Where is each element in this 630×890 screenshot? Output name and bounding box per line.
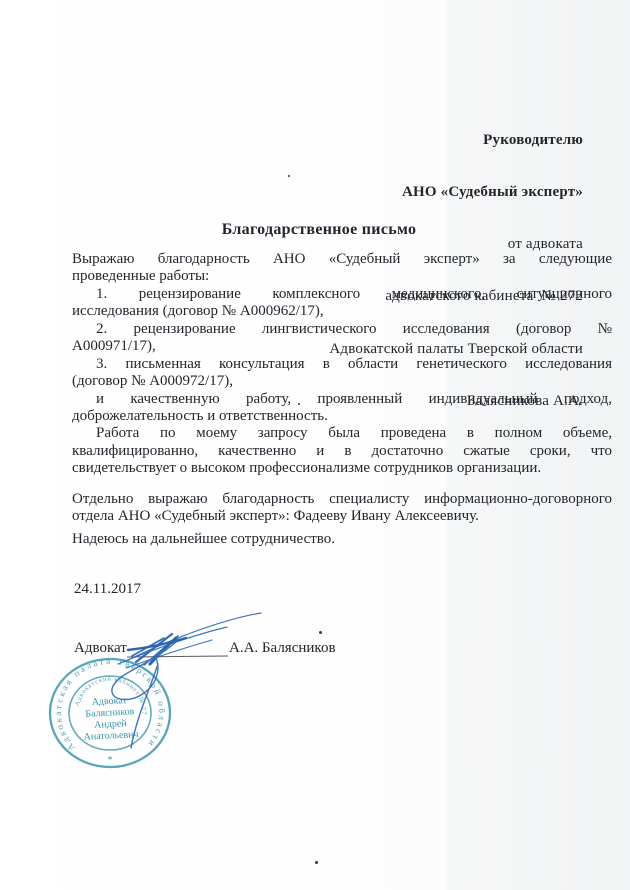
scan-artifact-dot [315,861,318,864]
body-line: свидетельствует о высоком профессионализ… [72,460,612,477]
body-line: проведенные работы: [72,268,612,285]
body-line-numbered-item: 2. рецензирование лингвистического иссле… [72,321,612,338]
body-line: Выражаю благодарность АНО «Судебный эксп… [72,251,612,268]
body-line: Отдельно выражаю благодарность специалис… [72,491,612,508]
letter-date: 24.11.2017 [74,581,141,598]
body-line: доброжелательность и ответственность. [72,408,612,425]
body-line: отдела АНО «Судебный эксперт»: Фадееву И… [72,508,612,525]
body-line: Надеюсь на дальнейшее сотрудничество. [72,531,612,548]
body-line-numbered-item: 1. рецензирование комплексного медицинск… [72,286,612,303]
addressee-line: Руководителю [329,132,583,149]
scan-artifact-dot [288,175,290,177]
scan-artifact-dot [319,631,322,634]
body-line: исследования (договор № А000962/17), [72,303,612,320]
body-line: квалифицированно, качественно и в достат… [72,443,612,460]
body-line: (договор № А000972/17), [72,373,612,390]
letter-title: Благодарственное письмо [49,221,589,239]
signature-ink-scrawl [90,598,275,768]
scanned-letter-page: Руководителю АНО «Судебный эксперт» от а… [0,0,630,890]
body-line: и качественную работу, проявленный индив… [72,391,612,408]
scan-artifact-dot [298,403,300,405]
body-line-numbered-item: 3. письменная консультация в области ген… [72,356,612,373]
letter-body: Выражаю благодарность АНО «Судебный эксп… [72,251,612,548]
body-line: А000971/17), [72,338,612,355]
addressee-line: АНО «Судебный эксперт» [329,184,583,201]
body-line: Работа по моему запросу была проведена в… [72,425,612,442]
